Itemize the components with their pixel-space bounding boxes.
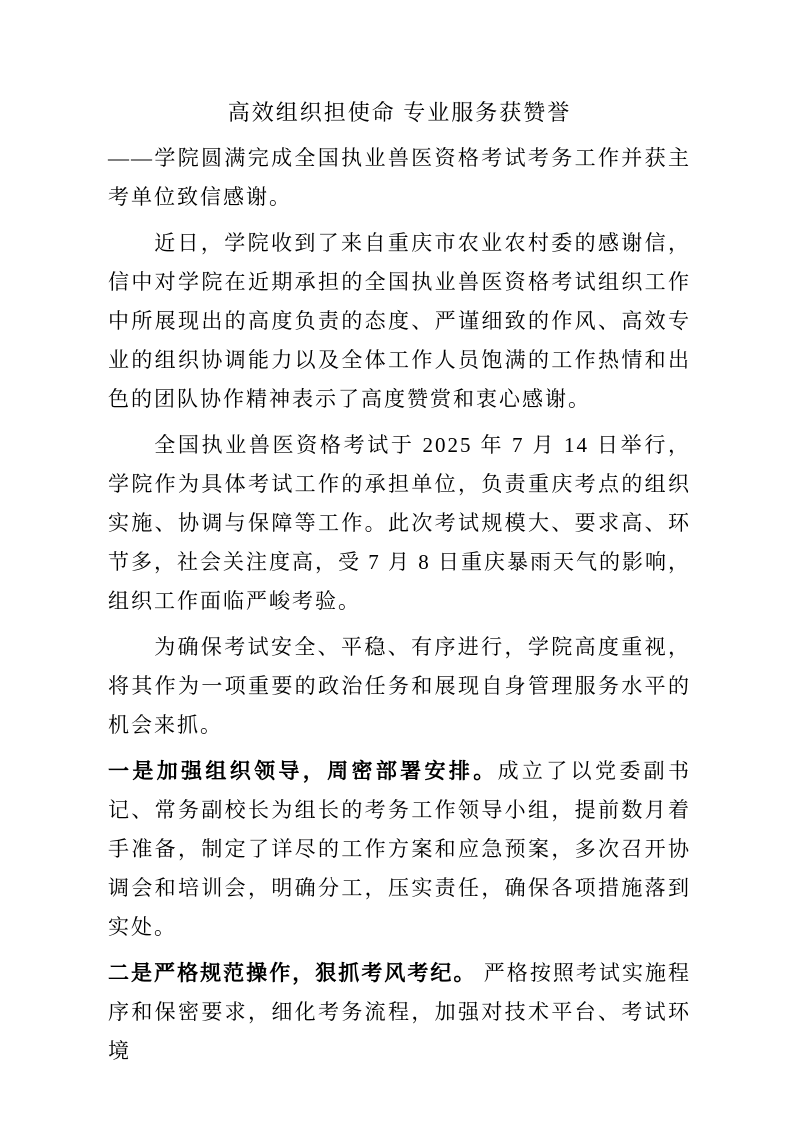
paragraph: ——学院圆满完成全国执业兽医资格考试考务工作并获主考单位致信感谢。 [108,139,691,217]
paragraph-text: 近日，学院收到了来自重庆市农业农村委的感谢信，信中对学院在近期承担的全国执业兽医… [108,231,691,411]
paragraph: 近日，学院收到了来自重庆市农业农村委的感谢信，信中对学院在近期承担的全国执业兽医… [108,224,691,419]
paragraph-text: 全国执业兽医资格考试于 2025 年 7 月 14 日举行，学院作为具体考试工作… [108,433,691,613]
document-page: 高效组织担使命 专业服务获赞誉 ——学院圆满完成全国执业兽医资格考试考务工作并获… [0,0,794,1122]
paragraph: 为确保考试安全、平稳、有序进行，学院高度重视，将其作为一项重要的政治任务和展现自… [108,628,691,745]
paragraph: 二是严格规范操作，狠抓考风考纪。 严格按照考试实施程序和保密要求，细化考务流程，… [108,954,691,1071]
paragraph-text: ——学院圆满完成全国执业兽医资格考试考务工作并获主考单位致信感谢。 [108,146,691,209]
paragraph-bold-lead: 二是严格规范操作，狠抓考风考纪。 [108,961,476,985]
paragraph-text: 为确保考试安全、平稳、有序进行，学院高度重视，将其作为一项重要的政治任务和展现自… [108,635,691,737]
paragraph: 一是加强组织领导，周密部署安排。成立了以党委副书记、常务副校长为组长的考务工作领… [108,752,691,947]
paragraph-text: 成立了以党委副书记、常务副校长为组长的考务工作领导小组，提前数月着手准备，制定了… [108,759,691,939]
paragraphs: ——学院圆满完成全国执业兽医资格考试考务工作并获主考单位致信感谢。 近日，学院收… [108,139,691,1071]
paragraph-bold-lead: 一是加强组织领导，周密部署安排。 [108,759,498,783]
paragraph: 全国执业兽医资格考试于 2025 年 7 月 14 日举行，学院作为具体考试工作… [108,426,691,621]
doc-title: 高效组织担使命 专业服务获赞誉 [108,93,691,132]
